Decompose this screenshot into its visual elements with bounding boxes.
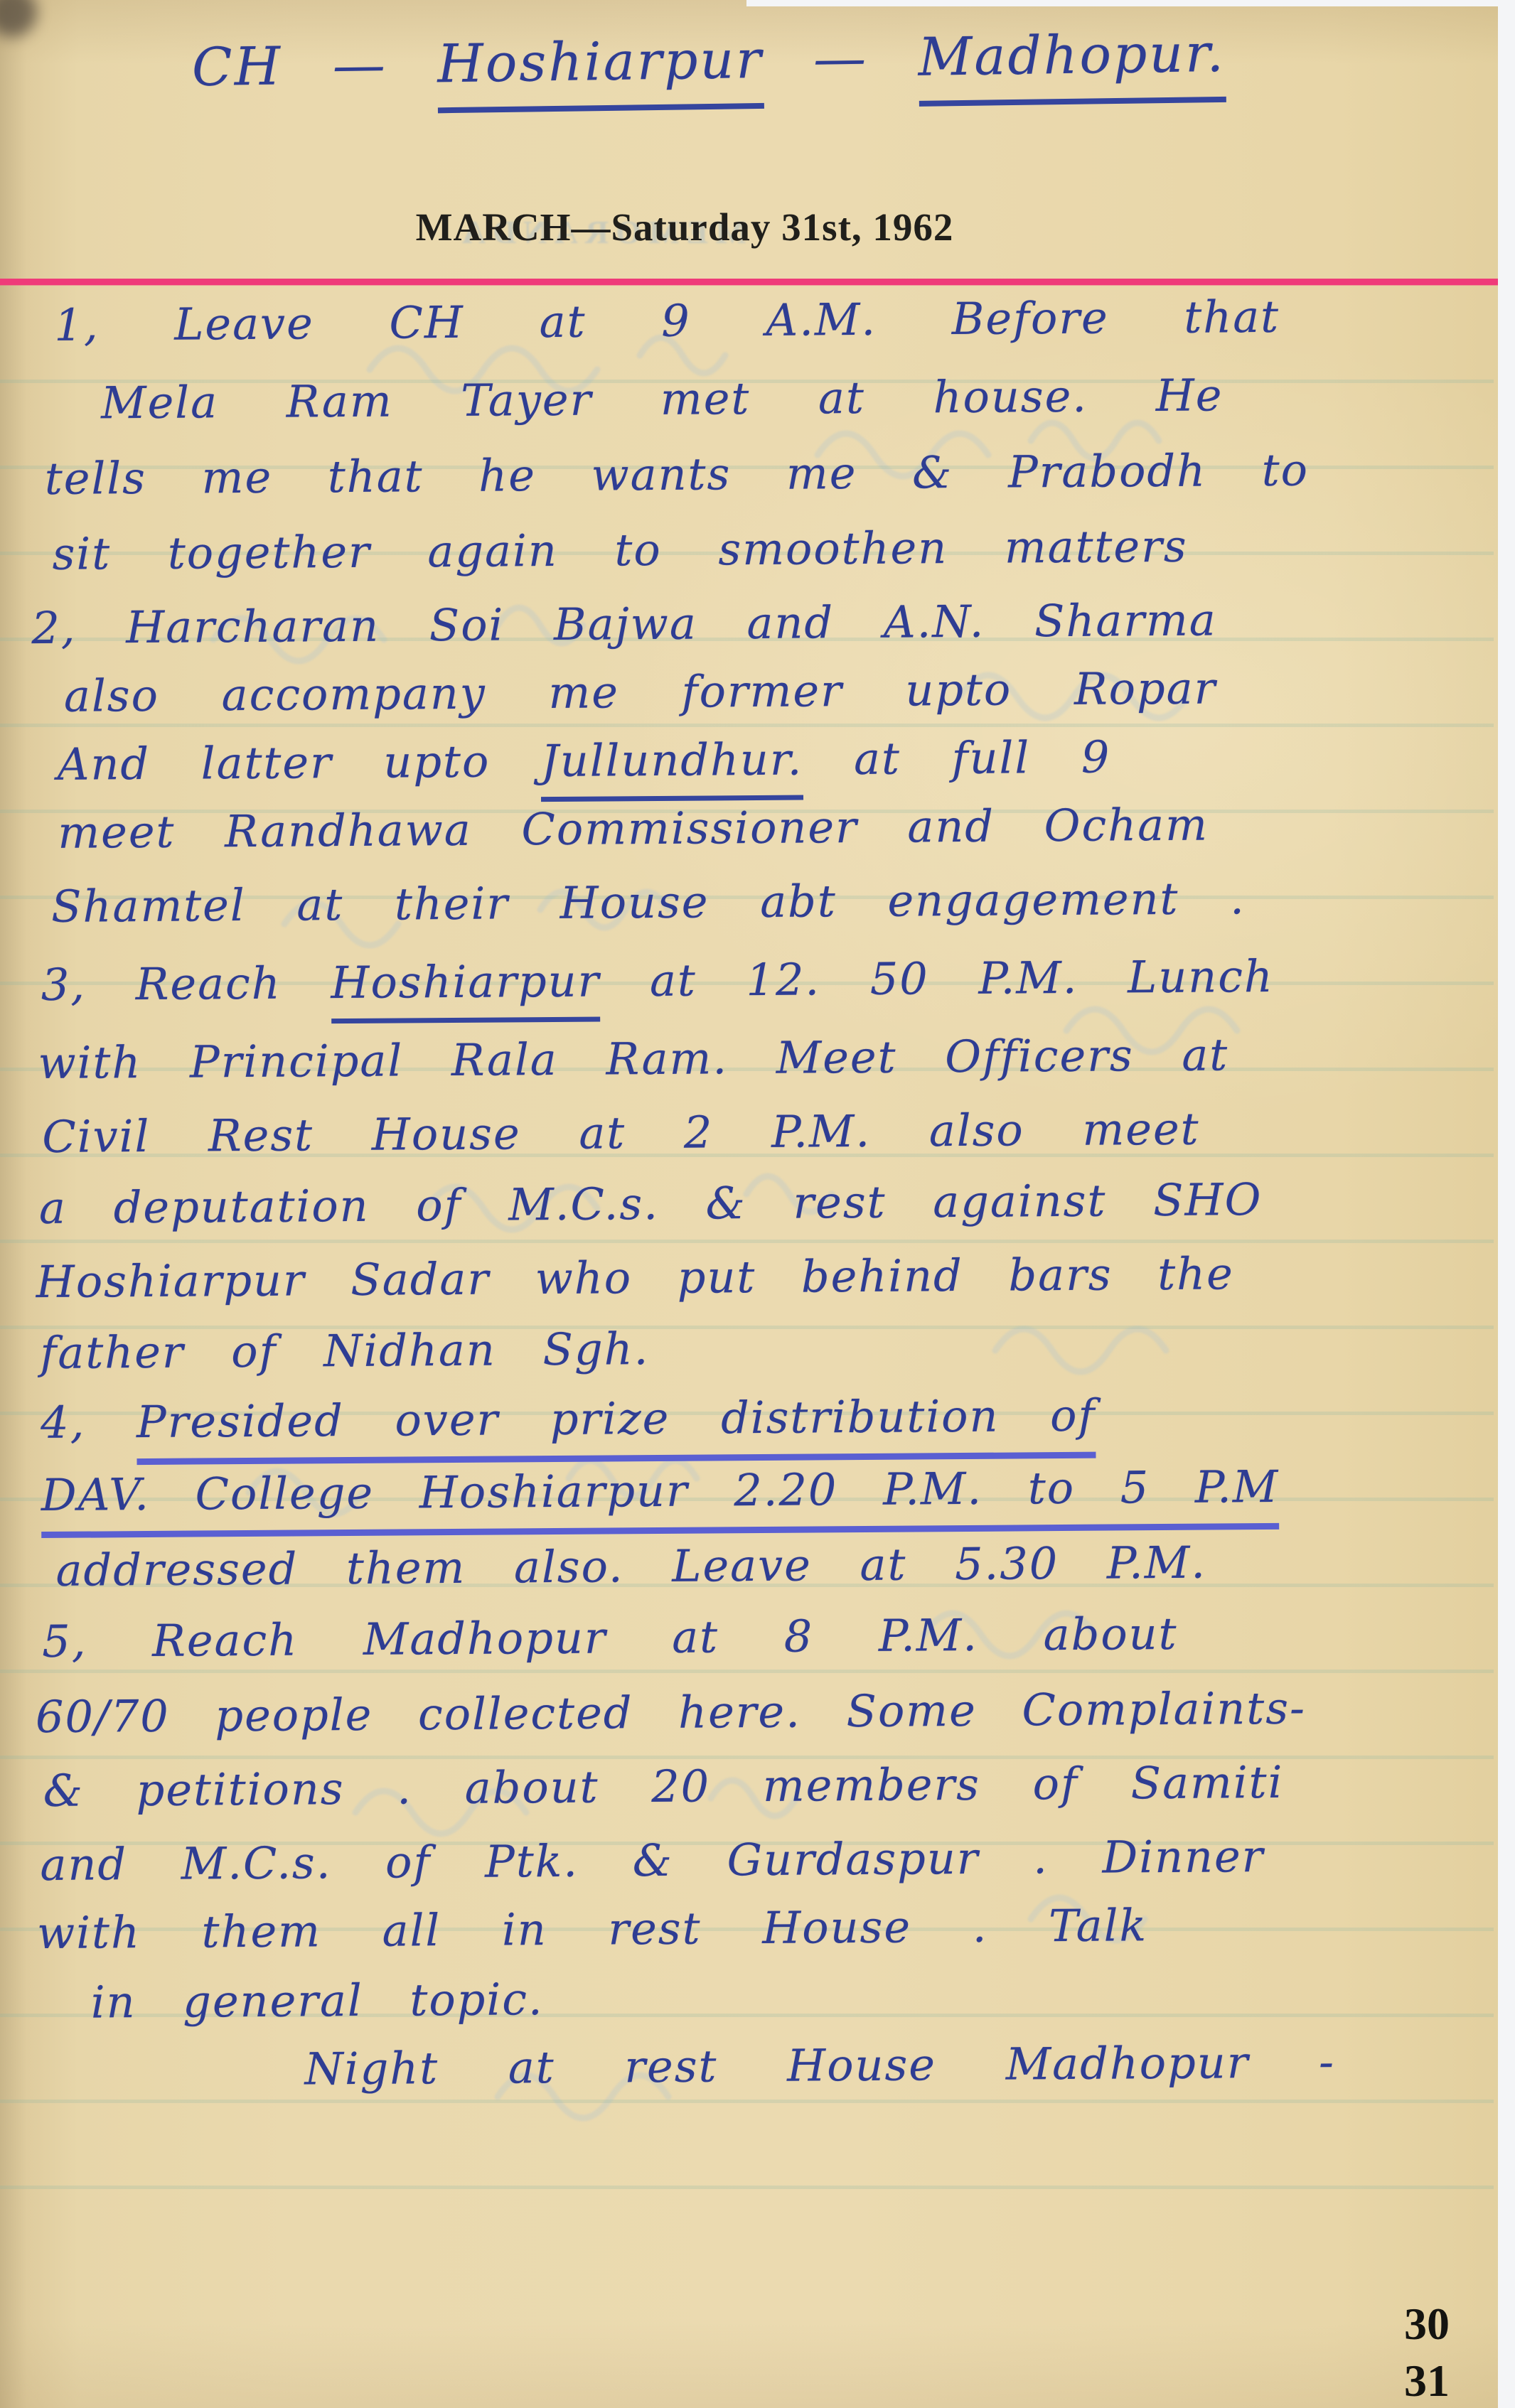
handwritten-line: meet Randhawa Commissioner and Ocham — [58, 803, 1209, 855]
handwritten-text: at 12. 50 P.M. Lunch — [600, 950, 1274, 1007]
underlined-phrase: DAV. College Hoshiarpur 2.20 P.M. to 5 P… — [41, 1461, 1280, 1538]
handwritten-text: with them all in rest House . Talk — [37, 1899, 1147, 1959]
handwritten-line: father of Nidhan Sgh. — [40, 1327, 649, 1375]
handwritten-text: father of Nidhan Sgh. — [40, 1323, 649, 1379]
handwritten-text: 60/70 people collected here. Some Compla… — [36, 1682, 1306, 1743]
handwriting-layer: 1, Leave CH at 9 A.M. Before thatMela Ra… — [0, 0, 1515, 2408]
handwritten-text: meet Randhawa Commissioner and Ocham — [58, 799, 1209, 859]
handwritten-line: 4, Presided over prize distribution of — [41, 1394, 1096, 1445]
scanner-edge-right — [1498, 0, 1515, 2408]
underlined-phrase: Presided over prize distribution of — [136, 1390, 1096, 1465]
handwritten-text: with Principal Rala Ram. Meet Officers a… — [38, 1028, 1228, 1089]
handwritten-line: DAV. College Hoshiarpur 2.20 P.M. to 5 P… — [41, 1465, 1280, 1517]
scanner-edge-top — [746, 0, 1498, 6]
handwritten-text: sit together again to smoothen matters — [52, 520, 1187, 580]
handwritten-line: 3, Reach Hoshiarpur at 12. 50 P.M. Lunch — [41, 955, 1274, 1007]
handwritten-text: 4, — [41, 1396, 136, 1448]
handwritten-line: 5, Reach Madhopur at 8 P.M. about — [42, 1612, 1178, 1664]
handwritten-text: a deputation of M.C.s. & rest against SH… — [39, 1173, 1263, 1234]
handwritten-text: Shamtel at their House abt engagement . — [51, 872, 1246, 932]
handwritten-line: Mela Ram Tayer met at house. He — [101, 373, 1224, 425]
handwritten-line: 60/70 people collected here. Some Compla… — [36, 1687, 1306, 1739]
handwritten-text: addressed them also. Leave at 5.30 P.M. — [55, 1537, 1206, 1596]
handwritten-line: addressed them also. Leave at 5.30 P.M. — [55, 1541, 1206, 1593]
handwritten-text: & petitions . about 20 members of Samiti — [43, 1756, 1283, 1817]
handwritten-text: 2, Harcharan Soi Bajwa and A.N. Sharma — [31, 593, 1217, 654]
handwritten-text: in general topic. — [91, 1973, 544, 2028]
handwritten-line: sit together again to smoothen matters — [52, 525, 1187, 576]
handwritten-line: & petitions . about 20 members of Samiti — [43, 1761, 1284, 1813]
handwritten-text: also accompany me former upto Ropar — [64, 662, 1217, 721]
handwritten-text: 1, Leave CH at 9 A.M. Before that — [54, 291, 1280, 351]
handwritten-line: with them all in rest House . Talk — [37, 1903, 1147, 1955]
handwritten-text: Civil Rest House at 2 P.M. also meet — [42, 1103, 1200, 1163]
handwritten-line: Hoshiarpur Sadar who put behind bars the — [36, 1252, 1234, 1304]
handwritten-text: and M.C.s. of Ptk. & Gurdaspur . Dinner — [40, 1830, 1264, 1891]
handwritten-line: a deputation of M.C.s. & rest against SH… — [39, 1178, 1263, 1230]
handwritten-text: at full 9 — [803, 731, 1110, 785]
underlined-phrase: Jullundhur. — [541, 733, 803, 802]
handwritten-text: Night at rest House Madhopur - — [304, 2036, 1335, 2095]
handwritten-text: tells me that he wants me & Prabodh to — [45, 444, 1310, 505]
page-number-31: 31 — [1388, 2358, 1466, 2404]
diary-page-scan: MEMORANDA CH — Hoshiarpur — Madhopur. MA… — [0, 0, 1515, 2408]
page-number-30: 30 — [1388, 2301, 1466, 2347]
handwritten-text: 3, Reach — [41, 957, 331, 1011]
handwritten-line: And latter upto Jullundhur. at full 9 — [57, 736, 1110, 787]
handwritten-line: in general topic. — [91, 1977, 544, 2024]
handwritten-line: Night at rest House Madhopur - — [304, 2040, 1335, 2091]
underlined-phrase: Hoshiarpur — [331, 955, 600, 1024]
handwritten-text: And latter upto — [57, 735, 541, 790]
handwritten-line: 2, Harcharan Soi Bajwa and A.N. Sharma — [31, 598, 1217, 650]
handwritten-text: Mela Ram Tayer met at house. He — [101, 369, 1224, 429]
handwritten-line: 1, Leave CH at 9 A.M. Before that — [54, 295, 1280, 348]
handwritten-line: with Principal Rala Ram. Meet Officers a… — [38, 1033, 1228, 1085]
handwritten-line: Civil Rest House at 2 P.M. also meet — [42, 1107, 1200, 1159]
handwritten-line: Shamtel at their House abt engagement . — [51, 876, 1246, 929]
handwritten-line: also accompany me former upto Ropar — [64, 666, 1217, 718]
handwritten-text: 5, Reach Madhopur at 8 P.M. about — [42, 1608, 1178, 1667]
handwritten-line: tells me that he wants me & Prabodh to — [45, 448, 1310, 501]
handwritten-text: Hoshiarpur Sadar who put behind bars the — [36, 1247, 1234, 1308]
handwritten-line: and M.C.s. of Ptk. & Gurdaspur . Dinner — [40, 1834, 1264, 1887]
